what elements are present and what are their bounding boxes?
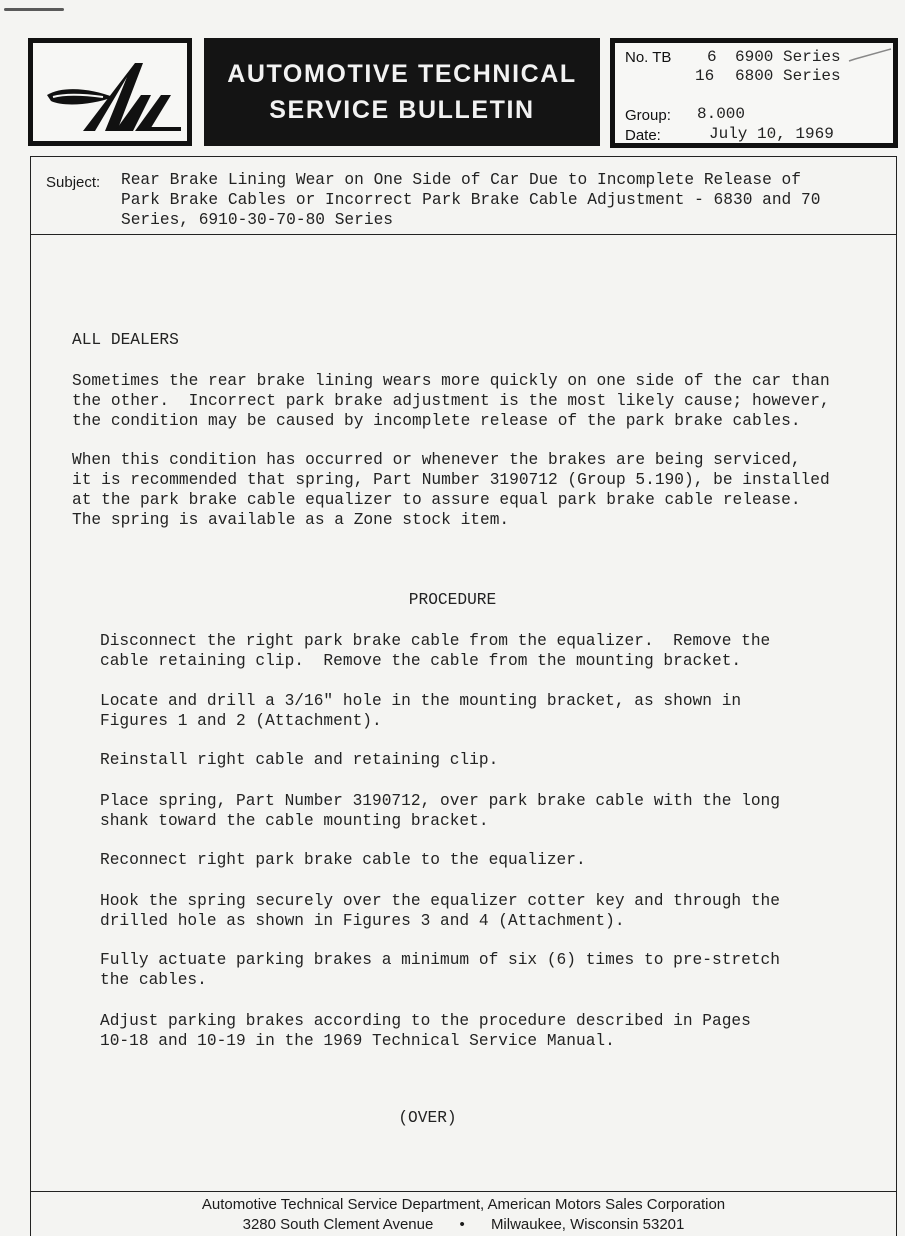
over-note: (OVER) — [0, 1108, 855, 1128]
procedure-step-4: Place spring, Part Number 3190712, over … — [100, 791, 780, 831]
step-line: Figures 1 and 2 (Attachment). — [100, 711, 741, 731]
subject-line: Park Brake Cables or Incorrect Park Brak… — [121, 190, 881, 210]
paragraph-line: at the park brake cable equalizer to ass… — [72, 490, 830, 510]
procedure-heading: PROCEDURE — [0, 590, 905, 610]
procedure-step-6: Hook the spring securely over the equali… — [100, 891, 780, 931]
step-line: Fully actuate parking brakes a minimum o… — [100, 950, 780, 970]
title-line-2: SERVICE BULLETIN — [269, 92, 534, 128]
paragraph-line: Sometimes the rear brake lining wears mo… — [72, 371, 830, 391]
step-line: Place spring, Part Number 3190712, over … — [100, 791, 780, 811]
footer-city: Milwaukee, Wisconsin 53201 — [491, 1216, 684, 1233]
scan-mark — [4, 8, 64, 11]
footer: Automotive Technical Service Department,… — [30, 1195, 897, 1235]
tb-number-2: 16 — [695, 67, 714, 85]
step-line: the cables. — [100, 970, 780, 990]
paragraph-line: it is recommended that spring, Part Numb… — [72, 470, 830, 490]
step-line: drilled hole as shown in Figures 3 and 4… — [100, 911, 780, 931]
footer-street: 3280 South Clement Avenue — [243, 1216, 434, 1233]
am-logo — [28, 38, 192, 146]
paragraph-line: The spring is available as a Zone stock … — [72, 510, 830, 530]
group-value: 8.000 — [697, 105, 745, 123]
procedure-step-2: Locate and drill a 3/16" hole in the mou… — [100, 691, 741, 731]
salutation: ALL DEALERS — [72, 330, 179, 350]
paragraph-line: the other. Incorrect park brake adjustme… — [72, 391, 830, 411]
step-line: 10-18 and 10-19 in the 1969 Technical Se… — [100, 1031, 751, 1051]
tb-number-1: 6 — [707, 48, 717, 66]
footer-divider — [30, 1191, 897, 1192]
footer-department: Automotive Technical Service Department,… — [30, 1195, 897, 1215]
paragraph-2: When this condition has occurred or when… — [72, 450, 830, 530]
series-2: 6800 Series — [735, 67, 841, 85]
step-line: Reinstall right cable and retaining clip… — [100, 750, 498, 770]
bulletin-title: AUTOMOTIVE TECHNICAL SERVICE BULLETIN — [204, 38, 600, 146]
bulletin-info-box: No. TB 6 6900 Series 16 6800 Series Grou… — [610, 38, 898, 148]
title-line-1: AUTOMOTIVE TECHNICAL — [227, 56, 577, 92]
procedure-step-5: Reconnect right park brake cable to the … — [100, 850, 586, 870]
series-1: 6900 Series — [735, 48, 841, 66]
step-line: shank toward the cable mounting bracket. — [100, 811, 780, 831]
paragraph-1: Sometimes the rear brake lining wears mo… — [72, 371, 830, 431]
group-label: Group: — [625, 107, 671, 124]
procedure-step-7: Fully actuate parking brakes a minimum o… — [100, 950, 780, 990]
step-line: Hook the spring securely over the equali… — [100, 891, 780, 911]
subject-line: Rear Brake Lining Wear on One Side of Ca… — [121, 170, 881, 190]
procedure-step-1: Disconnect the right park brake cable fr… — [100, 631, 770, 671]
bullet-separator-icon: • — [460, 1215, 465, 1235]
subject-text: Rear Brake Lining Wear on One Side of Ca… — [121, 170, 881, 230]
date-label: Date: — [625, 127, 661, 144]
procedure-step-8: Adjust parking brakes according to the p… — [100, 1011, 751, 1051]
procedure-step-3: Reinstall right cable and retaining clip… — [100, 750, 498, 770]
subject-divider — [30, 234, 897, 235]
step-line: Reconnect right park brake cable to the … — [100, 850, 586, 870]
step-line: Adjust parking brakes according to the p… — [100, 1011, 751, 1031]
number-label: No. TB — [625, 49, 671, 66]
paragraph-line: the condition may be caused by incomplet… — [72, 411, 830, 431]
am-logo-icon — [43, 55, 183, 135]
step-line: cable retaining clip. Remove the cable f… — [100, 651, 770, 671]
check-mark-icon — [847, 47, 897, 67]
date-value: July 10, 1969 — [709, 125, 834, 143]
subject-label: Subject: — [46, 174, 100, 191]
step-line: Locate and drill a 3/16" hole in the mou… — [100, 691, 741, 711]
step-line: Disconnect the right park brake cable fr… — [100, 631, 770, 651]
paragraph-line: When this condition has occurred or when… — [72, 450, 830, 470]
footer-address-line: 3280 South Clement Avenue • Milwaukee, W… — [30, 1215, 897, 1235]
subject-line: Series, 6910-30-70-80 Series — [121, 210, 881, 230]
